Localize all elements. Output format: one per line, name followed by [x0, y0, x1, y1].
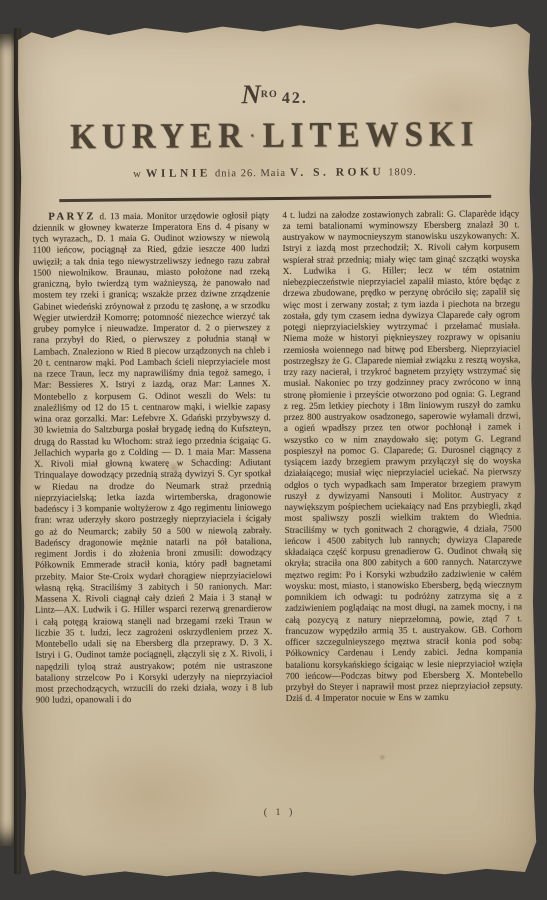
- column-right: 4 t. ludzi na załodze zostawionych zabra…: [282, 208, 523, 806]
- dateline-year: 1809.: [388, 167, 417, 178]
- dateline-date: dnia 26. Maia: [215, 168, 286, 179]
- dateline-city: WILNIE: [146, 167, 211, 179]
- issue-n-glyph: N: [241, 79, 261, 109]
- binding-gap: [14, 28, 21, 874]
- title-word-litewski: LITEWSKI: [263, 115, 480, 155]
- column-left-text: Monitor urzędowie ogłosił piąty dziennik…: [32, 210, 272, 705]
- column-right-text: 4 t. ludzi na załodze zostawionych zabra…: [282, 208, 522, 703]
- page-number: ( 1 ): [21, 805, 537, 820]
- issue-number-line: NRO 42.: [16, 80, 532, 113]
- column-left: PARYZ d. 13 maia. Monitor urzędowie ogło…: [32, 210, 273, 808]
- title-word-kuryer: KURYER: [70, 117, 248, 157]
- issue-ro-superscript: RO: [261, 89, 278, 100]
- title-separator-ornament: ·: [248, 128, 263, 144]
- scan-background: NRO 42. KURYER·LITEWSKI w WILNIE dnia 26…: [0, 0, 547, 900]
- masthead-divider-rule: [59, 195, 491, 202]
- adjacent-page-edge: [0, 34, 15, 846]
- dateline: w WILNIE dnia 26. Maia V. S. ROKU 1809.: [17, 163, 533, 183]
- dateline-roku: V. S. ROKU: [290, 166, 384, 179]
- issue-number: 42.: [282, 90, 308, 107]
- article-dateline-place: PARYZ: [48, 211, 96, 222]
- dateline-w: w: [133, 169, 142, 180]
- newspaper-page: NRO 42. KURYER·LITEWSKI w WILNIE dnia 26…: [16, 20, 538, 880]
- article-body: PARYZ d. 13 maia. Monitor urzędowie ogło…: [32, 208, 523, 807]
- newspaper-title: KURYER·LITEWSKI: [25, 114, 525, 160]
- article-dateline-date: d. 13 maia.: [99, 210, 143, 220]
